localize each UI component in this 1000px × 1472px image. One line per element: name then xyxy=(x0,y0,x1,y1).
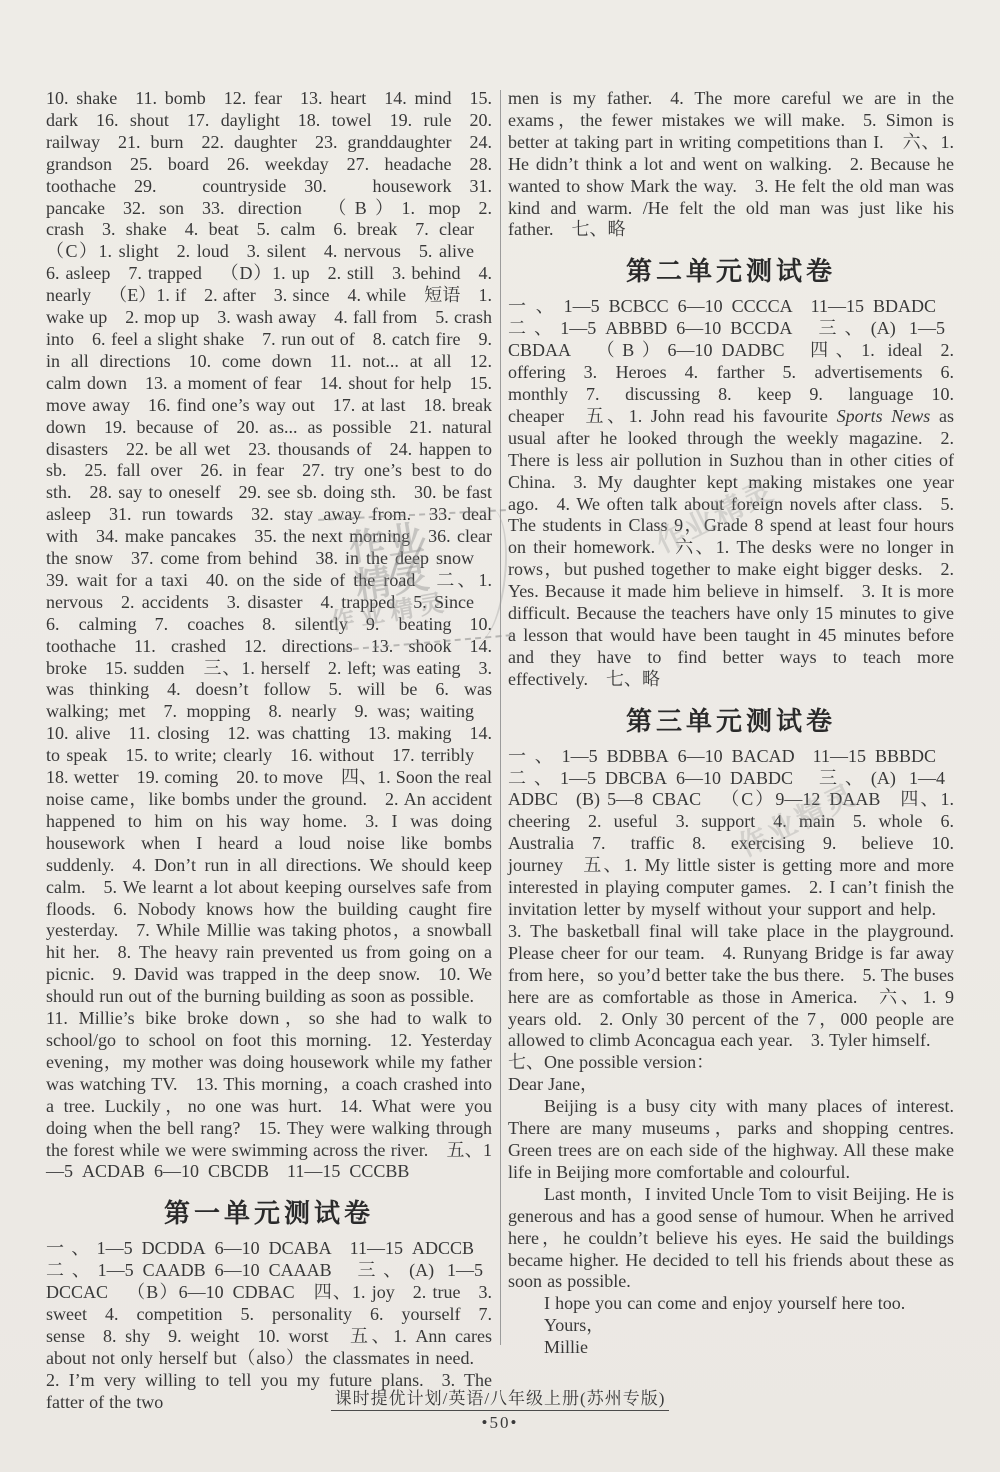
letter-signature: Millie xyxy=(508,1337,954,1359)
unit2-answers-paragraph: 一、1—5 BCBCC 6—10 CCCCA 11—15 BDADC 二、1—5… xyxy=(508,296,954,690)
scanned-answer-page: 10. shake 11. bomb 12. fear 13. heart 14… xyxy=(0,0,1000,1472)
footer-page-number: •50• xyxy=(0,1413,1000,1433)
letter-salutation: Dear Jane， xyxy=(508,1074,954,1096)
continuation-answers-paragraph: 10. shake 11. bomb 12. fear 13. heart 14… xyxy=(46,88,492,1183)
unit3-answers-paragraph: 一、1—5 BDBBA 6—10 BACAD 11—15 BBBDC 二、1—5… xyxy=(508,746,954,1053)
unit2-heading: 第二单元测试卷 xyxy=(508,251,954,288)
letter-paragraph-2: Last month，I invited Uncle Tom to visit … xyxy=(508,1184,954,1294)
letter-paragraph-1: Beijing is a busy city with many places … xyxy=(508,1096,954,1184)
footer-book-title-row: 课时提优计划/英语/八年级上册(苏州专版) xyxy=(0,1384,1000,1409)
footer-book-title: 课时提优计划/英语/八年级上册(苏州专版) xyxy=(331,1389,670,1411)
left-column: 10. shake 11. bomb 12. fear 13. heart 14… xyxy=(46,88,492,1414)
magazine-title-italic: Sports News xyxy=(837,406,931,426)
writing-intro-line: 七、One possible version： xyxy=(508,1052,954,1074)
letter-signoff: Yours， xyxy=(508,1315,954,1337)
unit1-heading: 第一单元测试卷 xyxy=(46,1193,492,1230)
column-divider xyxy=(500,90,501,1345)
letter-closing-line: I hope you can come and enjoy yourself h… xyxy=(508,1293,954,1315)
right-column: men is my father. 4. The more careful we… xyxy=(508,88,954,1359)
unit2-answers-post: as usual after he looked through the wee… xyxy=(508,406,954,689)
unit3-heading: 第三单元测试卷 xyxy=(508,701,954,738)
unit1-tail-paragraph: men is my father. 4. The more careful we… xyxy=(508,88,954,241)
